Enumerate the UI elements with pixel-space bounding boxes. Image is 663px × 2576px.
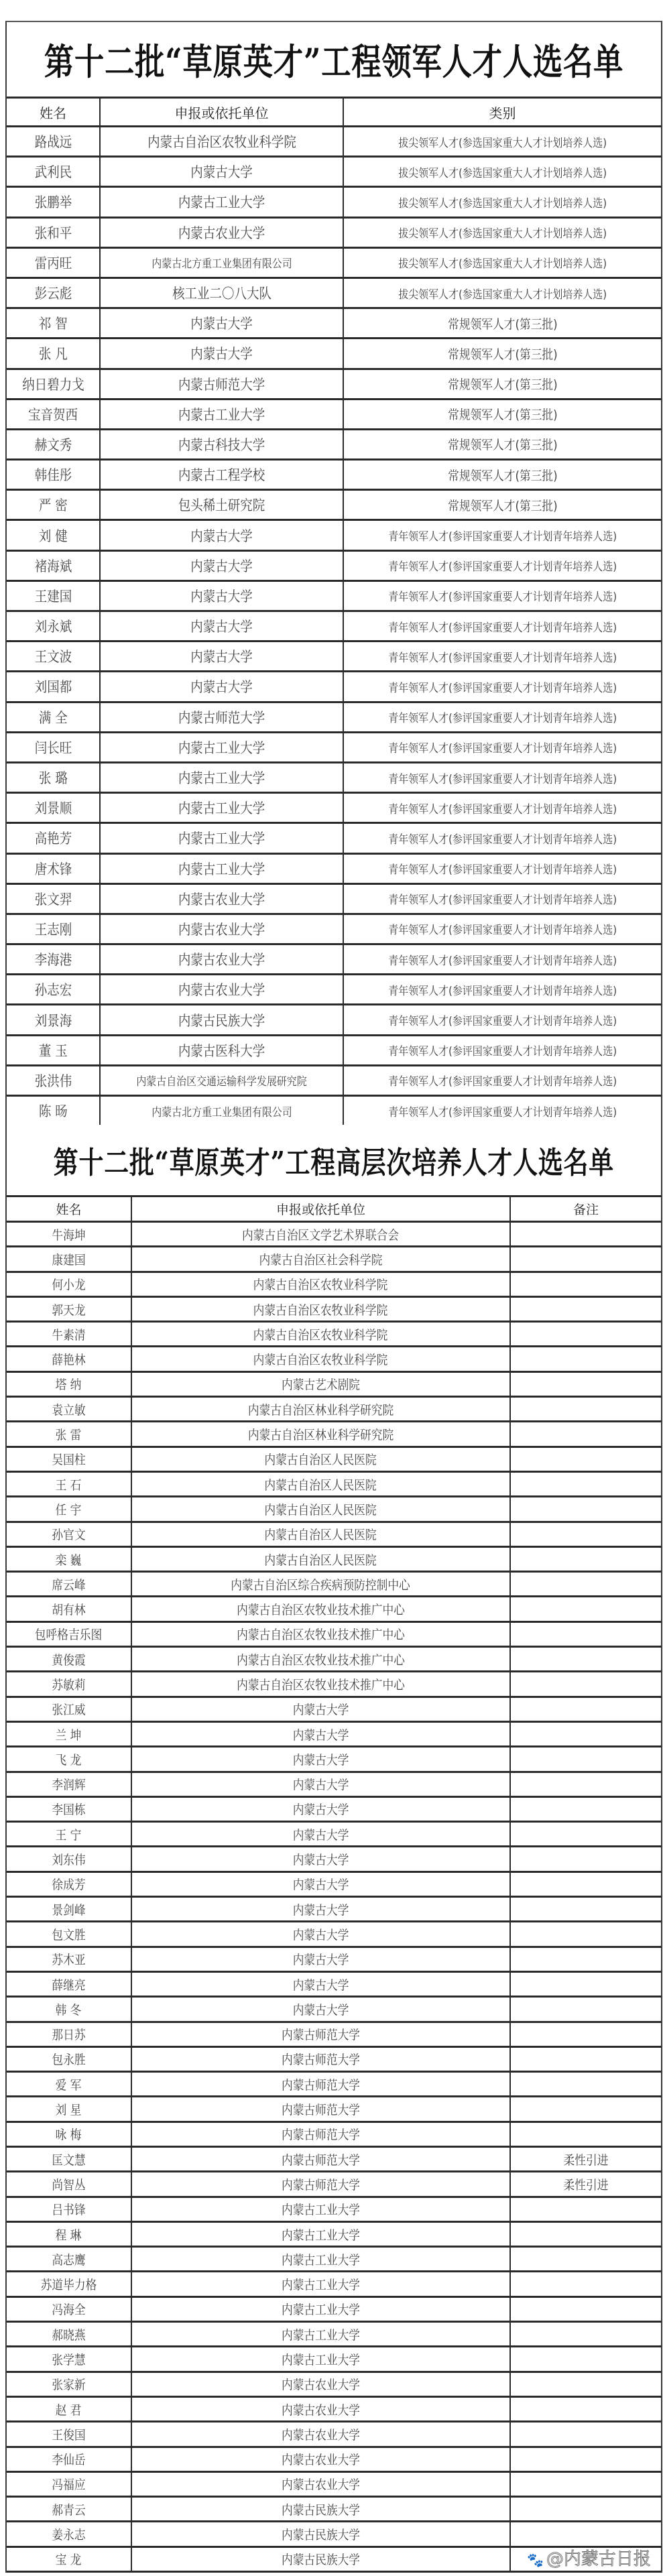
name-text: 郝青云 — [52, 2500, 85, 2518]
cell-name: 吴国柱 — [7, 1447, 131, 1471]
unit-text: 内蒙古大学 — [293, 2000, 349, 2018]
cell-unit: 内蒙古农业大学 — [131, 2447, 510, 2471]
cell-unit: 内蒙古民族大学 — [100, 1005, 343, 1035]
table-row: 徐成芳内蒙古大学 — [7, 1872, 661, 1896]
cell-category: 青年领军人才(参评国家重要人才计划青年培养人选) — [343, 793, 661, 823]
cell-category: 青年领军人才(参评国家重要人才计划青年培养人选) — [343, 975, 661, 1005]
cell-name: 冯福应 — [7, 2471, 131, 2496]
name-text: 景剑峰 — [52, 1900, 85, 1918]
name-text: 吴国柱 — [52, 1450, 85, 1468]
cell-unit: 核工业二〇八大队 — [100, 278, 343, 308]
unit-text: 内蒙古自治区人民医院 — [265, 1450, 377, 1468]
name-text: 程 琳 — [56, 2225, 82, 2244]
cell-name: 王志刚 — [7, 914, 100, 944]
cell-note — [510, 2221, 661, 2246]
unit-text: 内蒙古工业大学 — [282, 2275, 360, 2293]
name-text: 任 宇 — [56, 1500, 82, 1518]
cell-note — [510, 2072, 661, 2097]
cell-name: 那日苏 — [7, 2022, 131, 2046]
table-row: 李国栋内蒙古大学 — [7, 1796, 661, 1821]
table-row: 薛继亮内蒙古大学 — [7, 1971, 661, 1996]
table-row: 张江威内蒙古大学 — [7, 1697, 661, 1721]
name-text: 郭天龙 — [52, 1300, 85, 1318]
name-text: 苏道毕力格 — [41, 2275, 97, 2293]
name-text: 孙志宏 — [34, 979, 71, 999]
cell-name: 赵 君 — [7, 2396, 131, 2421]
name-text: 姜永志 — [52, 2525, 85, 2543]
cell-category: 青年领军人才(参评国家重要人才计划青年培养人选) — [343, 550, 661, 580]
name-text: 宝音贺西 — [28, 404, 78, 424]
unit-text: 内蒙古北方重工业集团有限公司 — [152, 254, 292, 271]
unit-text: 内蒙古大学 — [190, 616, 252, 636]
cell-name: 孙志宏 — [7, 975, 100, 1005]
name-text: 包文胜 — [52, 1925, 85, 1943]
cell-unit: 内蒙古自治区农牧业科学院 — [131, 1296, 510, 1321]
cell-name: 李润辉 — [7, 1772, 131, 1796]
table-row: 匡文慧内蒙古师范大学柔性引进 — [7, 2146, 661, 2171]
name-text: 冯海全 — [52, 2300, 85, 2318]
name-text: 张文羿 — [34, 889, 71, 909]
name-text: 王志刚 — [34, 919, 71, 939]
cell-name: 满 全 — [7, 702, 100, 732]
table1-body: 路战远内蒙古自治区农牧业科学院拔尖领军人才(参选国家重大人才计划培养人选)武利民… — [7, 127, 661, 1126]
unit-text: 内蒙古农业大学 — [282, 2425, 360, 2443]
cell-category: 常规领军人才(第三批) — [343, 460, 661, 490]
cell-name: 王文波 — [7, 641, 100, 672]
category-text: 常规领军人才(第三批) — [448, 496, 558, 514]
cell-unit: 内蒙古农业大学 — [100, 217, 343, 247]
watermark-text: @内蒙古日报 — [546, 2549, 651, 2569]
unit-text: 内蒙古自治区人民医院 — [265, 1550, 377, 1569]
cell-category: 青年领军人才(参评国家重要人才计划青年培养人选) — [343, 580, 661, 611]
category-text: 青年领军人才(参评国家重要人才计划青年培养人选) — [388, 1103, 617, 1119]
cell-name: 王俊国 — [7, 2422, 131, 2447]
table-row: 郭天龙内蒙古自治区农牧业科学院 — [7, 1296, 661, 1321]
cell-name: 武利民 — [7, 157, 100, 187]
table-row: 郝晓燕内蒙古工业大学 — [7, 2322, 661, 2347]
cell-name: 景剑峰 — [7, 1897, 131, 1922]
unit-text: 内蒙古师范大学 — [178, 374, 265, 394]
unit-text: 内蒙古自治区农牧业科学院 — [253, 1300, 388, 1318]
name-text: 刘东伟 — [52, 1850, 85, 1868]
cell-name: 宝音贺西 — [7, 399, 100, 429]
cell-unit: 内蒙古大学 — [131, 1697, 510, 1721]
name-text: 董 玉 — [39, 1040, 68, 1060]
cell-note — [510, 1347, 661, 1371]
cell-name: 张 璐 — [7, 762, 100, 792]
unit-text: 内蒙古大学 — [190, 676, 252, 696]
unit-text: 内蒙古工业大学 — [282, 2300, 360, 2318]
unit-text: 内蒙古自治区农牧业技术推广中心 — [237, 1600, 405, 1618]
unit-text: 内蒙古自治区农牧业科学院 — [147, 131, 296, 151]
table-row: 兰 坤内蒙古大学 — [7, 1721, 661, 1746]
column-header-note: 备注 — [510, 1197, 661, 1222]
cell-name: 匡文慧 — [7, 2146, 131, 2171]
table-row: 黄俊霞内蒙古自治区农牧业技术推广中心 — [7, 1647, 661, 1672]
leading-talent-table: 姓名 申报或依托单位 类别 路战远内蒙古自治区农牧业科学院拔尖领军人才(参选国家… — [7, 97, 661, 1127]
note-text: 柔性引进 — [564, 2175, 609, 2193]
cell-note — [510, 2497, 661, 2522]
cell-note: 柔性引进 — [510, 2172, 661, 2197]
unit-text: 内蒙古艺术剧院 — [282, 1375, 360, 1393]
cell-note — [510, 2471, 661, 2496]
name-text: 陈 旸 — [39, 1101, 68, 1121]
cell-unit: 内蒙古农业大学 — [131, 2396, 510, 2421]
cell-unit: 内蒙古农业大学 — [131, 2422, 510, 2447]
unit-text: 内蒙古农业大学 — [178, 223, 265, 243]
cell-unit: 内蒙古师范大学 — [131, 2172, 510, 2197]
table-row: 牛素清内蒙古自治区农牧业科学院 — [7, 1322, 661, 1347]
cell-name: 何小龙 — [7, 1272, 131, 1296]
name-text: 刘景海 — [34, 1010, 71, 1030]
table-row: 吕书锋内蒙古工业大学 — [7, 2197, 661, 2221]
cell-unit: 内蒙古工业大学 — [131, 2247, 510, 2272]
table-row: 塔 纳内蒙古艺术剧院 — [7, 1371, 661, 1396]
unit-text: 内蒙古师范大学 — [282, 2025, 360, 2043]
table2-title: 第十二批“草原英才”工程高层次培养人才人选名单 — [7, 1125, 661, 1195]
cell-name: 郝晓燕 — [7, 2322, 131, 2347]
name-text: 刘 星 — [56, 2100, 82, 2118]
name-text: 席云峰 — [52, 1575, 85, 1593]
unit-text: 内蒙古大学 — [190, 586, 252, 606]
name-text: 张 璐 — [39, 768, 68, 788]
cell-name: 任 宇 — [7, 1497, 131, 1522]
unit-text: 内蒙古农业大学 — [178, 949, 265, 969]
cell-unit: 内蒙古自治区交通运输科学发展研究院 — [100, 1065, 343, 1095]
cell-note — [510, 2522, 661, 2547]
cell-note — [510, 1296, 661, 1321]
cell-note — [510, 2322, 661, 2347]
category-text: 青年领军人才(参评国家重要人才计划青年培养人选) — [388, 557, 617, 574]
unit-text: 内蒙古自治区人民医院 — [265, 1475, 377, 1493]
column-header-name: 姓名 — [7, 98, 100, 127]
unit-text: 内蒙古大学 — [190, 646, 252, 666]
unit-text: 内蒙古自治区人民医院 — [265, 1500, 377, 1518]
cell-unit: 内蒙古农业大学 — [100, 944, 343, 975]
table-row: 冯福应内蒙古农业大学 — [7, 2471, 661, 2496]
name-text: 康建国 — [52, 1250, 85, 1268]
name-text: 刘国都 — [34, 676, 71, 696]
cell-note — [510, 1621, 661, 1646]
cell-unit: 内蒙古师范大学 — [131, 2097, 510, 2122]
cell-note — [510, 2097, 661, 2122]
name-text: 李国栋 — [52, 1800, 85, 1818]
name-text: 李仙岳 — [52, 2450, 85, 2468]
cell-unit: 内蒙古自治区人民医院 — [131, 1546, 510, 1571]
cell-unit: 内蒙古大学 — [131, 1971, 510, 1996]
cell-unit: 内蒙古师范大学 — [131, 2072, 510, 2097]
unit-text: 内蒙古大学 — [293, 1925, 349, 1943]
cell-unit: 内蒙古自治区人民医院 — [131, 1471, 510, 1496]
cell-note — [510, 1772, 661, 1796]
cell-category: 青年领军人才(参评国家重要人才计划青年培养人选) — [343, 914, 661, 944]
cell-unit: 内蒙古自治区人民医院 — [131, 1522, 510, 1546]
category-text: 青年领军人才(参评国家重要人才计划青年培养人选) — [388, 860, 617, 877]
cell-note — [510, 2022, 661, 2046]
cell-unit: 内蒙古自治区农牧业科学院 — [100, 127, 343, 157]
cell-note — [510, 1922, 661, 1947]
unit-text: 内蒙古农业大学 — [178, 919, 265, 939]
cell-category: 青年领军人才(参评国家重要人才计划青年培养人选) — [343, 732, 661, 762]
name-text: 薛艳林 — [52, 1350, 85, 1368]
category-text: 青年领军人才(参评国家重要人才计划青年培养人选) — [388, 1011, 617, 1028]
cell-unit: 内蒙古自治区人民医院 — [131, 1447, 510, 1471]
cell-unit: 内蒙古农业大学 — [131, 2372, 510, 2396]
table-row: 刘景海内蒙古民族大学青年领军人才(参评国家重要人才计划青年培养人选) — [7, 1005, 661, 1035]
unit-text: 内蒙古大学 — [293, 1800, 349, 1818]
cell-category: 青年领军人才(参评国家重要人才计划青年培养人选) — [343, 672, 661, 702]
cell-category: 青年领军人才(参评国家重要人才计划青年培养人选) — [343, 823, 661, 853]
name-text: 张学慧 — [52, 2350, 85, 2368]
name-text: 赵 君 — [56, 2400, 82, 2418]
name-text: 咏 梅 — [56, 2125, 82, 2143]
cell-unit: 内蒙古师范大学 — [131, 2146, 510, 2171]
unit-text: 内蒙古农业大学 — [282, 2475, 360, 2493]
cell-name: 苏敏莉 — [7, 1672, 131, 1697]
cell-unit: 内蒙古工业大学 — [100, 187, 343, 217]
cell-unit: 内蒙古大学 — [100, 580, 343, 611]
cell-unit: 内蒙古师范大学 — [100, 702, 343, 732]
cell-name: 张学慧 — [7, 2347, 131, 2372]
table-row: 张和平内蒙古农业大学拔尖领军人才(参选国家重大人才计划培养人选) — [7, 217, 661, 247]
table-row: 张家新内蒙古农业大学 — [7, 2372, 661, 2396]
table-row: 吴国柱内蒙古自治区人民医院 — [7, 1447, 661, 1471]
name-text: 何小龙 — [52, 1275, 85, 1293]
table-row: 张 凡内蒙古大学常规领军人才(第三批) — [7, 339, 661, 369]
cell-name: 包文胜 — [7, 1922, 131, 1947]
table2-header-row: 姓名 申报或依托单位 备注 — [7, 1197, 661, 1222]
table-row: 高艳芳内蒙古工业大学青年领军人才(参评国家重要人才计划青年培养人选) — [7, 823, 661, 853]
table-row: 苏敏莉内蒙古自治区农牧业技术推广中心 — [7, 1672, 661, 1697]
category-text: 常规领军人才(第三批) — [448, 345, 558, 363]
name-text: 黄俊霞 — [52, 1650, 85, 1668]
unit-text: 内蒙古医科大学 — [178, 1040, 265, 1060]
unit-text: 内蒙古工业大学 — [282, 2350, 360, 2368]
cell-note — [510, 1371, 661, 1396]
unit-text: 内蒙古民族大学 — [282, 2500, 360, 2518]
name-text: 祁 智 — [39, 313, 68, 333]
cell-name: 彭云彪 — [7, 278, 100, 308]
unit-text: 内蒙古农业大学 — [282, 2450, 360, 2468]
name-text: 张家新 — [52, 2375, 85, 2393]
table1-header-row: 姓名 申报或依托单位 类别 — [7, 98, 661, 127]
unit-text: 内蒙古自治区文学艺术界联合会 — [242, 1225, 399, 1243]
name-text: 栾 巍 — [56, 1550, 82, 1569]
cell-name: 张鹏举 — [7, 187, 100, 217]
category-text: 拔尖领军人才(参选国家重大人才计划培养人选) — [398, 133, 607, 150]
table-row: 严 密包头稀土研究院常规领军人才(第三批) — [7, 490, 661, 520]
unit-text: 内蒙古工业大学 — [282, 2250, 360, 2268]
name-text: 牛素清 — [52, 1325, 85, 1343]
cell-name: 纳日碧力戈 — [7, 369, 100, 399]
table-row: 王 石内蒙古自治区人民医院 — [7, 1471, 661, 1496]
table-row: 李润辉内蒙古大学 — [7, 1772, 661, 1796]
unit-text: 内蒙古农业大学 — [178, 889, 265, 909]
category-text: 青年领军人才(参评国家重要人才计划青年培养人选) — [388, 618, 617, 635]
table-row: 雷丙旺内蒙古北方重工业集团有限公司拔尖领军人才(参选国家重大人才计划培养人选) — [7, 247, 661, 278]
table-row: 胡有林内蒙古自治区农牧业技术推广中心 — [7, 1597, 661, 1621]
unit-text: 内蒙古工业大学 — [282, 2325, 360, 2343]
name-text: 高志鹰 — [52, 2250, 85, 2268]
name-text: 张 凡 — [39, 343, 68, 363]
cell-name: 薛艳林 — [7, 1347, 131, 1371]
cell-name: 郝青云 — [7, 2497, 131, 2522]
category-text: 青年领军人才(参评国家重要人才计划青年培养人选) — [388, 951, 617, 968]
table-row: 张 璐内蒙古工业大学青年领军人才(参评国家重要人才计划青年培养人选) — [7, 762, 661, 792]
table-row: 姜永志内蒙古民族大学 — [7, 2522, 661, 2547]
cell-unit: 内蒙古师范大学 — [131, 2046, 510, 2071]
table-row: 王文波内蒙古大学青年领军人才(参评国家重要人才计划青年培养人选) — [7, 641, 661, 672]
table-row: 闫长旺内蒙古工业大学青年领军人才(参评国家重要人才计划青年培养人选) — [7, 732, 661, 762]
name-text: 严 密 — [39, 495, 68, 515]
cell-note — [510, 1397, 661, 1422]
cell-category: 青年领军人才(参评国家重要人才计划青年培养人选) — [343, 1065, 661, 1095]
name-text: 雷丙旺 — [34, 253, 71, 273]
table-row: 王 宁内蒙古大学 — [7, 1822, 661, 1847]
cell-category: 青年领军人才(参评国家重要人才计划青年培养人选) — [343, 944, 661, 975]
name-text: 路战远 — [34, 131, 71, 151]
cell-unit: 内蒙古大学 — [100, 641, 343, 672]
unit-text: 包头稀土研究院 — [178, 495, 265, 515]
cell-note — [510, 1997, 661, 2022]
cell-name: 唐术锋 — [7, 853, 100, 883]
cell-name: 宝 龙 — [7, 2547, 131, 2571]
table-row: 刘景顺内蒙古工业大学青年领军人才(参评国家重要人才计划青年培养人选) — [7, 793, 661, 823]
cell-unit: 内蒙古大学 — [131, 1747, 510, 1772]
unit-text: 内蒙古师范大学 — [282, 2100, 360, 2118]
table-row: 郝青云内蒙古民族大学 — [7, 2497, 661, 2522]
unit-text: 内蒙古自治区综合疾病预防控制中心 — [231, 1575, 411, 1593]
cell-unit: 内蒙古工业大学 — [131, 2221, 510, 2246]
cell-note — [510, 1272, 661, 1296]
cell-note — [510, 1471, 661, 1496]
cell-note — [510, 2347, 661, 2372]
cell-unit: 内蒙古自治区农牧业技术推广中心 — [131, 1672, 510, 1697]
cell-note — [510, 1847, 661, 1872]
cell-unit: 内蒙古大学 — [100, 520, 343, 550]
category-text: 拔尖领军人才(参选国家重大人才计划培养人选) — [398, 224, 607, 241]
cell-name: 席云峰 — [7, 1572, 131, 1597]
cell-name: 刘 星 — [7, 2097, 131, 2122]
cell-note — [510, 2372, 661, 2396]
category-text: 青年领军人才(参评国家重要人才计划青年培养人选) — [388, 709, 617, 725]
table1-title-text: 第十二批“草原英才”工程领军人才人选名单 — [44, 34, 623, 85]
unit-text: 内蒙古大学 — [293, 1825, 349, 1843]
column-header-category: 类别 — [343, 98, 661, 127]
name-text: 张 雷 — [56, 1425, 82, 1443]
cell-name: 胡有林 — [7, 1597, 131, 1621]
unit-text: 内蒙古民族大学 — [282, 2550, 360, 2568]
table-row: 薛艳林内蒙古自治区农牧业科学院 — [7, 1347, 661, 1371]
unit-text: 内蒙古大学 — [293, 1975, 349, 1994]
cell-note — [510, 2122, 661, 2146]
table-row: 刘永斌内蒙古大学青年领军人才(参评国家重要人才计划青年培养人选) — [7, 611, 661, 641]
cell-unit: 内蒙古农业大学 — [131, 2471, 510, 2496]
cell-unit: 内蒙古工业大学 — [131, 2197, 510, 2221]
cell-name: 飞 龙 — [7, 1747, 131, 1772]
name-text: 张鹏举 — [34, 192, 71, 212]
cell-name: 祁 智 — [7, 308, 100, 339]
table-row: 袁立敏内蒙古自治区林业科学研究院 — [7, 1397, 661, 1422]
category-text: 青年领军人才(参评国家重要人才计划青年培养人选) — [388, 648, 617, 665]
cell-note — [510, 1897, 661, 1922]
category-text: 拔尖领军人才(参选国家重大人才计划培养人选) — [398, 254, 607, 271]
unit-text: 内蒙古工业大学 — [178, 859, 265, 879]
cell-name: 兰 坤 — [7, 1721, 131, 1746]
category-text: 青年领军人才(参评国家重要人才计划青年培养人选) — [388, 1072, 617, 1089]
table-row: 满 全内蒙古师范大学青年领军人才(参评国家重要人才计划青年培养人选) — [7, 702, 661, 732]
cell-category: 青年领军人才(参评国家重要人才计划青年培养人选) — [343, 1005, 661, 1035]
category-text: 青年领军人才(参评国家重要人才计划青年培养人选) — [388, 739, 617, 755]
cell-name: 刘国都 — [7, 672, 100, 702]
cell-name: 张 凡 — [7, 339, 100, 369]
name-text: 郝晓燕 — [52, 2325, 85, 2343]
cell-note — [510, 2272, 661, 2296]
cell-name: 刘东伟 — [7, 1847, 131, 1872]
cell-name: 黄俊霞 — [7, 1647, 131, 1672]
category-text: 青年领军人才(参评国家重要人才计划青年培养人选) — [388, 587, 617, 604]
category-text: 拔尖领军人才(参选国家重大人才计划培养人选) — [398, 285, 607, 302]
name-text: 张江威 — [52, 1700, 85, 1718]
cell-name: 闫长旺 — [7, 732, 100, 762]
table-row: 爱 军内蒙古师范大学 — [7, 2072, 661, 2097]
cell-unit: 内蒙古工业大学 — [100, 399, 343, 429]
name-text: 王俊国 — [52, 2425, 85, 2443]
table-row: 孙志宏内蒙古农业大学青年领军人才(参评国家重要人才计划青年培养人选) — [7, 975, 661, 1005]
cell-name: 牛海坤 — [7, 1222, 131, 1247]
cell-category: 常规领军人才(第三批) — [343, 308, 661, 339]
cell-name: 爱 军 — [7, 2072, 131, 2097]
table-row: 褚海斌内蒙古大学青年领军人才(参评国家重要人才计划青年培养人选) — [7, 550, 661, 580]
cell-unit: 内蒙古师范大学 — [131, 2122, 510, 2146]
cell-unit: 内蒙古大学 — [131, 1847, 510, 1872]
category-text: 青年领军人才(参评国家重要人才计划青年培养人选) — [388, 1042, 617, 1058]
name-text: 孙官文 — [52, 1525, 85, 1543]
table-row: 张学慧内蒙古工业大学 — [7, 2347, 661, 2372]
cell-unit: 内蒙古自治区社会科学院 — [131, 1247, 510, 1272]
table-row: 张鹏举内蒙古工业大学拔尖领军人才(参选国家重大人才计划培养人选) — [7, 187, 661, 217]
table-row: 刘国都内蒙古大学青年领军人才(参评国家重要人才计划青年培养人选) — [7, 672, 661, 702]
cell-note — [510, 2396, 661, 2421]
cell-name: 王 石 — [7, 1471, 131, 1496]
table-row: 栾 巍内蒙古自治区人民医院 — [7, 1546, 661, 1571]
cell-name: 刘永斌 — [7, 611, 100, 641]
cell-unit: 包头稀土研究院 — [100, 490, 343, 520]
table-row: 张洪伟内蒙古自治区交通运输科学发展研究院青年领军人才(参评国家重要人才计划青年培… — [7, 1065, 661, 1095]
cell-name: 张家新 — [7, 2372, 131, 2396]
cell-unit: 内蒙古大学 — [100, 672, 343, 702]
table-row: 冯海全内蒙古工业大学 — [7, 2296, 661, 2321]
cell-note — [510, 1672, 661, 1697]
table-row: 赵 君内蒙古农业大学 — [7, 2396, 661, 2421]
cell-unit: 内蒙古自治区林业科学研究院 — [131, 1397, 510, 1422]
category-text: 青年领军人才(参评国家重要人才计划青年培养人选) — [388, 800, 617, 816]
cell-unit: 内蒙古民族大学 — [131, 2547, 510, 2571]
unit-text: 内蒙古大学 — [190, 313, 252, 333]
unit-text: 内蒙古工业大学 — [178, 737, 265, 757]
cell-name: 董 玉 — [7, 1035, 100, 1065]
unit-text: 内蒙古自治区农牧业技术推广中心 — [237, 1675, 405, 1693]
table-row: 包永胜内蒙古师范大学 — [7, 2046, 661, 2071]
cell-unit: 内蒙古师范大学 — [100, 369, 343, 399]
cell-note — [510, 1971, 661, 1996]
unit-text: 内蒙古大学 — [293, 1850, 349, 1868]
name-text: 武利民 — [34, 162, 71, 182]
table-row: 咏 梅内蒙古师范大学 — [7, 2122, 661, 2146]
cell-name: 薛继亮 — [7, 1971, 131, 1996]
table-row: 那日苏内蒙古师范大学 — [7, 2022, 661, 2046]
cell-category: 青年领军人才(参评国家重要人才计划青年培养人选) — [343, 641, 661, 672]
